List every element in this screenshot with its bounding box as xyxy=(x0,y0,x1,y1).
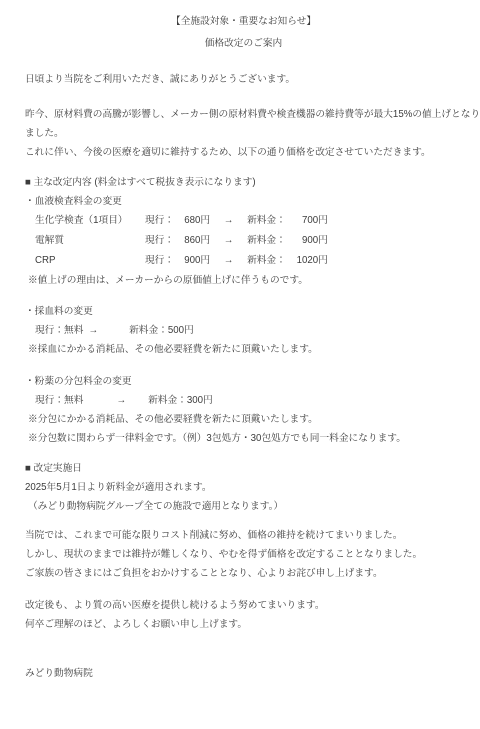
powder-title: ・粉薬の分包料金の変更 xyxy=(25,372,462,391)
new-price-label: 新料金： xyxy=(247,231,286,251)
new-price-value: 1020円 xyxy=(286,251,328,271)
price-row-crp: CRP 現行： 900円 → 新料金： 1020円 xyxy=(25,251,462,271)
signature-hospital-name: みどり動物病院 xyxy=(25,664,462,683)
paragraph-line: ご家族の皆さまにはご負担をおかけすることとなり、心よりお詫び申し上げます。 xyxy=(25,564,462,583)
current-price-label: 現行： xyxy=(145,211,174,231)
powder-note: ※分包にかかる消耗品、その他必要経費を新たに頂戴いたします。 xyxy=(25,410,462,429)
current-price-label: 現行： xyxy=(145,251,174,271)
powder-fee-line: 現行：無料 → 新料金：300円 xyxy=(25,391,462,410)
greeting-line: 日頃より当院をご利用いただき、誠にありがとうございます。 xyxy=(25,70,462,89)
intro-paragraph: 昨今、原材料費の高騰が影響し、メーカー側の原材料費や検査機器の維持費等が最大15… xyxy=(25,105,462,162)
paragraph-line: ました。 xyxy=(25,124,462,143)
price-row-biochemistry: 生化学検査（1項目） 現行： 680円 → 新料金： 700円 xyxy=(25,211,462,231)
current-price-label: 現行： xyxy=(145,231,174,251)
current-price-value: 860円 xyxy=(174,231,210,251)
new-price-value: 900円 xyxy=(286,231,328,251)
notice-subtitle: 価格改定のご案内 xyxy=(25,33,462,55)
blood-test-note: ※値上げの理由は、メーカーからの原価値上げに伴うものです。 xyxy=(25,271,462,290)
effective-date-heading: ■ 改定実施日 xyxy=(25,459,462,478)
arrow-icon: → xyxy=(210,211,247,231)
new-price-label: 新料金：300円 xyxy=(148,391,213,410)
closing-paragraph-1: 当院では、これまで可能な限りコスト削減に努め、価格の維持を続けてまいりました。 … xyxy=(25,526,462,583)
price-revision-notice: 【全施設対象・重要なお知らせ】 価格改定のご案内 日頃より当院をご利用いただき、… xyxy=(0,0,480,683)
revision-section-heading: ■ 主な改定内容 (料金はすべて税抜き表示になります) xyxy=(25,173,462,192)
blood-draw-note: ※採血にかかる消耗品、その他必要経費を新たに頂戴いたします。 xyxy=(25,340,462,359)
paragraph-line: しかし、現状のままでは維持が難しくなり、やむを得ず価格を改定することとなりました… xyxy=(25,545,462,564)
current-price-value: 680円 xyxy=(174,211,210,231)
blood-test-title: ・血液検査料金の変更 xyxy=(25,192,462,211)
current-price-value: 900円 xyxy=(174,251,210,271)
arrow-icon: → xyxy=(210,251,247,271)
arrow-icon: → xyxy=(88,321,98,340)
effective-date-line: 2025年5月1日より新料金が適用されます。 xyxy=(25,478,462,497)
arrow-icon: → xyxy=(116,391,126,410)
paragraph-line: 何卒ご理解のほど、よろしくお願い申し上げます。 xyxy=(25,615,462,634)
powder-note: ※分包数に関わらず一律料金です。（例）3包処方・30包処方でも同一料金になります… xyxy=(25,429,462,448)
paragraph-line: 改定後も、より質の高い医療を提供し続けるよう努めてまいります。 xyxy=(25,596,462,615)
paragraph-line: 昨今、原材料費の高騰が影響し、メーカー側の原材料費や検査機器の維持費等が最大15… xyxy=(25,105,462,124)
notice-header: 【全施設対象・重要なお知らせ】 価格改定のご案内 xyxy=(25,11,462,55)
price-row-item: 生化学検査（1項目） xyxy=(35,211,145,231)
new-price-label: 新料金： xyxy=(247,251,286,271)
current-price-label: 現行：無料 xyxy=(35,321,83,340)
current-price-label: 現行：無料 xyxy=(35,391,83,410)
paragraph-line: これに伴い、今後の医療を適切に維持するため、以下の通り価格を改定させていただきま… xyxy=(25,143,462,162)
price-row-item: 電解質 xyxy=(35,231,145,251)
new-price-label: 新料金： xyxy=(247,211,286,231)
new-price-value: 700円 xyxy=(286,211,328,231)
new-price-label: 新料金：500円 xyxy=(129,321,194,340)
blood-draw-fee-line: 現行：無料 → 新料金：500円 xyxy=(25,321,462,340)
arrow-icon: → xyxy=(210,231,247,251)
price-row-item: CRP xyxy=(35,251,145,271)
paragraph-line: 当院では、これまで可能な限りコスト削減に努め、価格の維持を続けてまいりました。 xyxy=(25,526,462,545)
price-row-electrolytes: 電解質 現行： 860円 → 新料金： 900円 xyxy=(25,231,462,251)
closing-paragraph-2: 改定後も、より質の高い医療を提供し続けるよう努めてまいります。 何卒ご理解のほど… xyxy=(25,596,462,634)
effective-date-scope: （みどり動物病院グループ全ての施設で適用となります。） xyxy=(25,497,462,516)
notice-title: 【全施設対象・重要なお知らせ】 xyxy=(25,11,462,33)
blood-draw-title: ・採血料の変更 xyxy=(25,302,462,321)
